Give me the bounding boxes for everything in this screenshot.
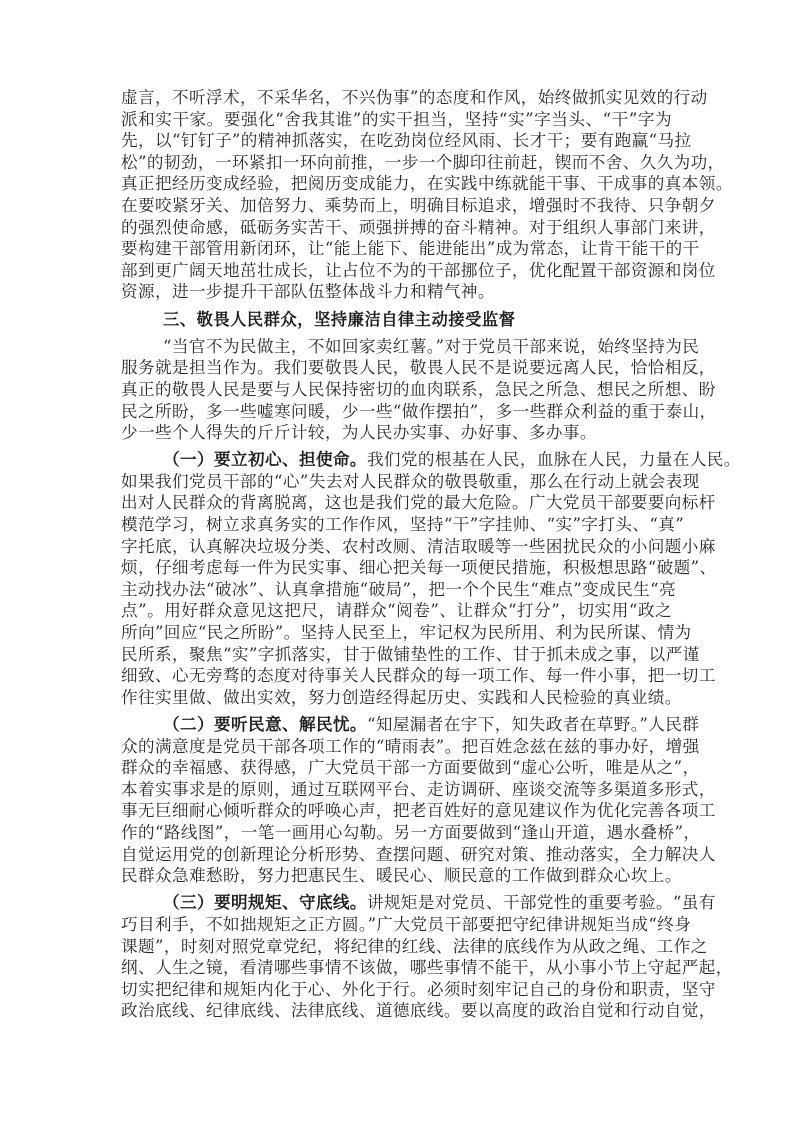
paragraph-subsection-3: （三）要明规矩、守底线。讲规矩是对党员、干部党性的重要考验。“虽有 巧目利手，不… [121, 892, 672, 1022]
text-line: 细致、心无旁骛的态度对待事关人民群众的每一项工作、每一件小事，把一切工 [121, 665, 672, 687]
text-line: 作的“路线图”，一笔一画用心勾勒。另一方面要做到“逢山开道，遇水叠桥”， [121, 822, 672, 844]
text-line: 事无巨细耐心倾听群众的呼唤心声，把老百姓好的意见建议作为优化完善各项工 [121, 800, 672, 822]
text-line: 烦，仔细考虑每一件为民实事、细心把关每一项便民措施，积极想思路“破题”、 [121, 557, 672, 579]
text-line: 真正把经历变成经验，把阅历变成能力，在实践中练就能干事、干成事的真本领。 [121, 173, 672, 195]
text-line: 民群众急难愁盼，努力把惠民生、暖民心、顺民意的工作做到群众心坎上。 [121, 865, 672, 887]
text-line: 主动找办法“破冰”、认真拿措施“破局”，把一个个民生“难点”变成民生“亮 [121, 579, 672, 601]
subsection-title: （一）要立初心、担使命。 [163, 450, 367, 469]
text-line: 资源，进一步提升干部队伍整体战斗力和精气神。 [121, 281, 672, 303]
section-heading: 三、敬畏人民群众，坚持廉洁自律主动接受监督 [121, 309, 672, 331]
text-line: （二）要听民意、解民忧。“知屋漏者在宇下，知失政者在草野。”人民群 [121, 714, 672, 736]
section-heading-text: 三、敬畏人民群众，坚持廉洁自律主动接受监督 [121, 309, 672, 331]
paragraph: 虚言，不听浮术，不采华名，不兴伪事”的态度和作风，始终做抓实见效的行动 派和实干… [121, 87, 672, 303]
text-line: 虚言，不听浮术，不采华名，不兴伪事”的态度和作风，始终做抓实见效的行动 [121, 87, 672, 109]
paragraph-subsection-2: （二）要听民意、解民忧。“知屋漏者在宇下，知失政者在草野。”人民群 众的满意度是… [121, 714, 672, 887]
text-run: 我们党的根基在人民，血脉在人民，力量在人民。 [367, 450, 741, 469]
text-line: 自觉运用党的创新理论分析形势、查摆问题、研究对策、推动落实，全力解决人 [121, 844, 672, 866]
text-line: 在要咬紧牙关、加倍努力、乘势而上，明确目标追求，增强时不我待、只争朝夕 [121, 195, 672, 217]
text-line: 民之所盼，多一些嘘寒问暖，少一些“做作摆拍”，多一些群众利益的重于泰山， [121, 401, 672, 423]
text-run: 讲规矩是对党员、干部党性的重要考验。“虽有 [367, 893, 716, 912]
text-line: 所向”回应“民之所盼”。坚持人民至上，牢记权为民所用、利为民所谋、情为 [121, 622, 672, 644]
text-line: 先，以“钉钉子”的精神抓落实，在吃劲岗位经风雨、长才干；要有跑赢“马拉 [121, 130, 672, 152]
text-line: 如果我们党员干部的“心”失去对人民群众的敬畏敬重，那么在行动上就会表现 [121, 471, 672, 493]
text-line: 作往实里做、做出实效，努力创造经得起历史、实践和人民检验的真业绩。 [121, 687, 672, 709]
text-line: （三）要明规矩、守底线。讲规矩是对党员、干部党性的重要考验。“虽有 [121, 892, 672, 914]
text-line: （一）要立初心、担使命。我们党的根基在人民，血脉在人民，力量在人民。 [121, 449, 672, 471]
text-line: 纲、人生之镜，看清哪些事情不该做，哪些事情不能干，从小事小节上守起严起， [121, 957, 672, 979]
text-line: 字托底，认真解决垃圾分类、农村改厕、清洁取暖等一些困扰民众的小问题小麻 [121, 536, 672, 558]
text-line: 模范学习，树立求真务实的工作作风，坚持“干”字挂帅、“实”字打头、“真” [121, 514, 672, 536]
subsection-title: （二）要听民意、解民忧。 [163, 715, 367, 734]
text-line: 点”。用好群众意见这把尺，请群众“阅卷”、让群众“打分”，切实用“政之 [121, 600, 672, 622]
text-line: 部到更广阔天地茁壮成长，让占位不为的干部挪位子，优化配置干部资源和岗位 [121, 260, 672, 282]
text-line: “当官不为民做主，不如回家卖红薯。”对于党员干部来说，始终坚持为民 [121, 336, 672, 358]
subsection-title: （三）要明规矩、守底线。 [163, 893, 367, 912]
document-page: 虚言，不听浮术，不采华名，不兴伪事”的态度和作风，始终做抓实见效的行动 派和实干… [121, 87, 672, 1028]
paragraph: “当官不为民做主，不如回家卖红薯。”对于党员干部来说，始终坚持为民 服务就是担当… [121, 336, 672, 444]
text-line: 服务就是担当作为。我们要敬畏人民，敬畏人民不是说要远离人民，恰恰相反， [121, 357, 672, 379]
text-line: 出对人民群众的背离脱离，这也是我们党的最大危险。广大党员干部要要向标杆 [121, 492, 672, 514]
text-line: 要构建干部管用新闭环，让“能上能下、能进能出”成为常态，让肯干能干的干 [121, 238, 672, 260]
text-line: 松”的韧劲，一环紧扣一环向前推，一步一个脚印往前赶，锲而不舍、久久为功， [121, 152, 672, 174]
text-line: 切实把纪律和规矩内化于心、外化于行。必须时刻牢记自己的身份和职责，坚守 [121, 979, 672, 1001]
text-line: 课题”，时刻对照党章党纪，将纪律的红线、法律的底线作为从政之绳、工作之 [121, 936, 672, 958]
text-line: 本着实事求是的原则，通过互联网平台、走访调研、座谈交流等多渠道多形式， [121, 779, 672, 801]
text-line: 众的满意度是党员干部各项工作的“晴雨表”。把百姓念兹在兹的事办好，增强 [121, 736, 672, 758]
text-line: 少一些个人得失的斤斤计较，为人民办实事、办好事、多办事。 [121, 422, 672, 444]
text-line: 政治底线、纪律底线、法律底线、道德底线。要以高度的政治自觉和行动自觉， [121, 1000, 672, 1022]
text-line: 群众的幸福感、获得感，广大党员干部一方面要做到“虚心公听，唯是从之”， [121, 757, 672, 779]
text-line: 真正的敬畏人民是要与人民保持密切的血肉联系，急民之所急、想民之所想、盼 [121, 379, 672, 401]
text-line: 的强烈使命感，砥砺务实苦干、顽强拼搏的奋斗精神。对于组织人事部门来讲， [121, 217, 672, 239]
text-line: 巧目利手，不如拙规矩之正方圆。”广大党员干部要把守纪律讲规矩当成“终身 [121, 914, 672, 936]
text-line: 派和实干家。要强化“舍我其谁”的实干担当，坚持“实”字当头、“干”字为 [121, 109, 672, 131]
text-run: “知屋漏者在宇下，知失政者在草野。”人民群 [367, 715, 699, 734]
paragraph-subsection-1: （一）要立初心、担使命。我们党的根基在人民，血脉在人民，力量在人民。 如果我们党… [121, 449, 672, 708]
text-line: 民所系，聚焦“实”字抓落实，甘于做铺垫性的工作、甘于抓未成之事，以严谨 [121, 644, 672, 666]
